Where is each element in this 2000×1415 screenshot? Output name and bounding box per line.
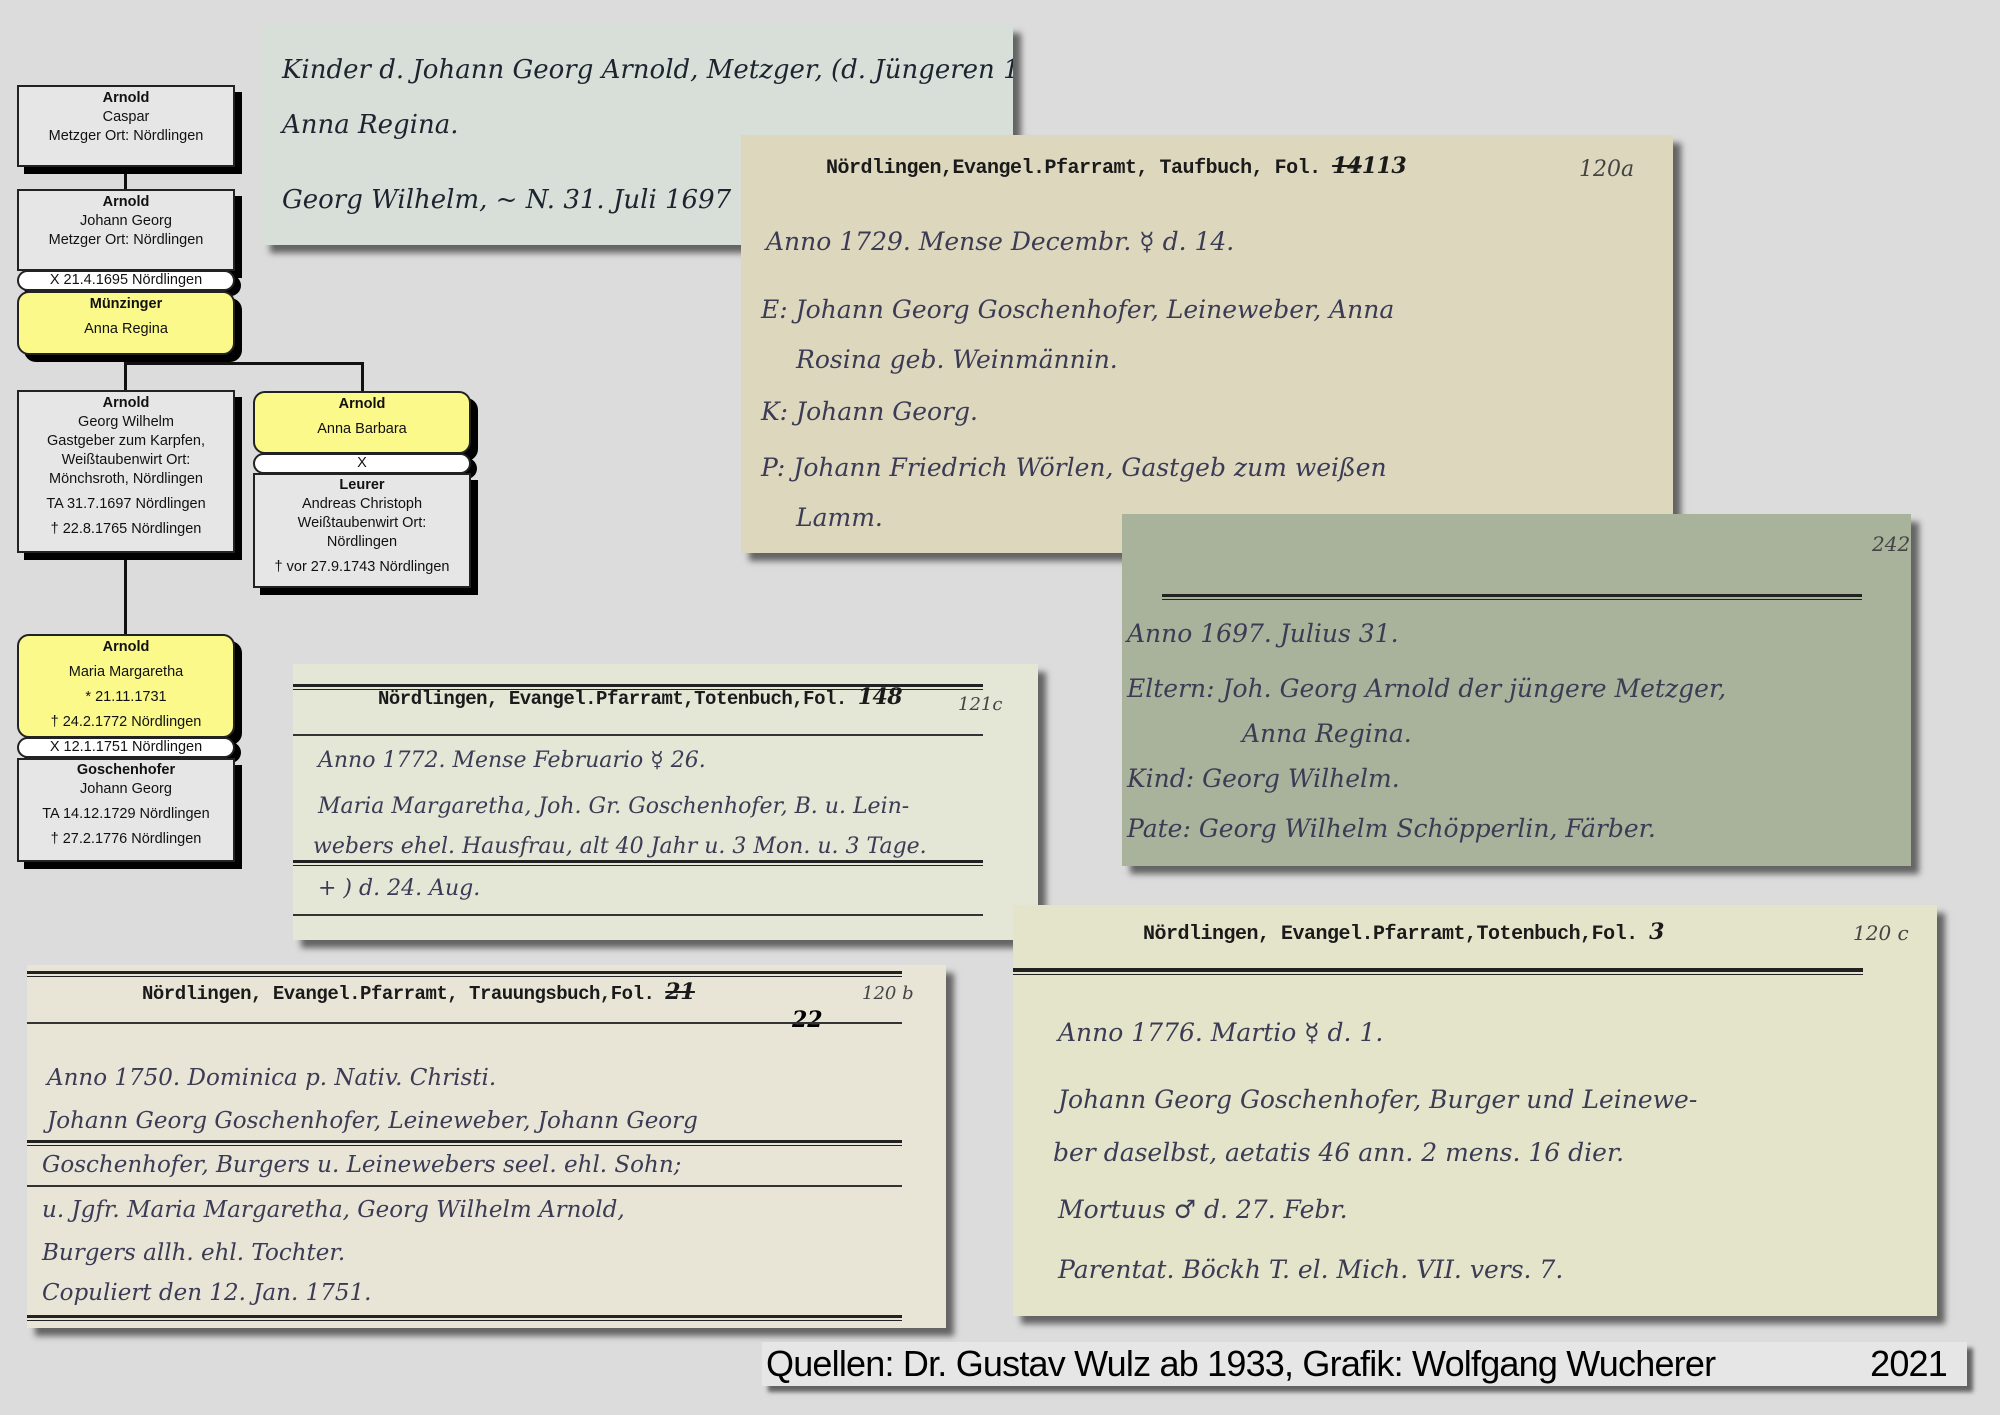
record-line: Anno 1697. Julius 31. [1127,619,1399,648]
record-line: E: Johann Georg Goschenhofer, Leineweber… [761,295,1394,324]
marriage-1695: X 21.4.1695 Nördlingen [17,270,235,291]
source-caption: Quellen: Dr. Gustav Wulz ab 1933, Grafik… [762,1342,1967,1386]
caption-year: 2021 [1870,1342,1947,1386]
death-date: † 27.2.1776 Nördlingen [19,830,233,849]
divider [27,1140,902,1146]
person-anna-barbara-arnold[interactable]: Arnold Anna Barbara [253,391,471,454]
connector [124,355,127,390]
folio-number: 113 [1362,153,1406,179]
folio-struck: 21 [665,979,695,1005]
header-text: Nördlingen, Evangel.Pfarramt,Totenbuch,F… [378,688,847,710]
reference-number: 120 b [862,983,914,1004]
record-card-trauungsbuch: Nördlingen, Evangel.Pfarramt, Trauungsbu… [27,965,946,1328]
reference-number: 121c [958,694,1002,715]
person-andreas-christoph-leurer[interactable]: Leurer Andreas Christoph Weißtaubenwirt … [253,473,471,588]
folio-struck: 14 [1332,153,1362,179]
divider [293,860,983,866]
surname: Arnold [255,395,469,414]
divider [27,1185,902,1187]
card-header: Nördlingen, Evangel.Pfarramt,Totenbuch,F… [1143,919,1664,946]
given-name: Georg Wilhelm [19,413,233,432]
person-johann-georg-arnold[interactable]: Arnold Johann Georg Metzger Ort: Nördlin… [17,189,235,271]
record-line: Johann Georg Goschenhofer, Burger und Le… [1058,1085,1697,1114]
surname: Arnold [19,638,233,657]
record-line: + ) d. 24. Aug. [318,876,480,901]
occupation: Gastgeber zum Karpfen, [19,432,233,451]
reference-number: 242 [1872,532,1910,556]
given-name: Anna Barbara [255,420,469,439]
occupation: Weißtaubenwirt Ort: [19,451,233,470]
record-line: Georg Wilhelm, ~ N. 31. Juli 1697 [282,185,731,215]
place: Nördlingen [255,533,469,552]
record-line: Anno 1729. Mense Decembr. ☿ d. 14. [766,227,1234,256]
record-card-totenbuch-148: Nördlingen, Evangel.Pfarramt,Totenbuch,F… [293,664,1038,940]
place: Mönchsroth, Nördlingen [19,470,233,489]
folio-number: 22 [792,1007,823,1033]
given-name: Andreas Christoph [255,495,469,514]
record-line: Mortuus ♂ d. 27. Febr. [1058,1195,1348,1224]
connector [124,170,127,190]
header-text: Nördlingen, Evangel.Pfarramt,Totenbuch,F… [1143,923,1638,946]
connector [361,362,364,392]
record-line: Anna Regina. [1242,719,1412,748]
death-date: † 24.2.1772 Nördlingen [19,713,233,732]
card-header: Nördlingen, Evangel.Pfarramt,Totenbuch,F… [378,684,902,710]
header-text: Nördlingen,Evangel.Pfarramt, Taufbuch, F… [826,157,1321,180]
person-maria-margaretha-arnold[interactable]: Arnold Maria Margaretha * 21.11.1731 † 2… [17,634,235,738]
occupation: Metzger Ort: Nördlingen [19,127,233,146]
divider [27,971,902,977]
occupation: Metzger Ort: Nördlingen [19,231,233,250]
record-line: Anna Regina. [282,110,458,140]
record-card-taufbuch: Nördlingen,Evangel.Pfarramt, Taufbuch, F… [741,135,1673,553]
surname: Arnold [19,89,233,108]
given-name: Johann Georg [19,212,233,231]
record-line: Johann Georg Goschenhofer, Leineweber, J… [47,1108,698,1134]
surname: Münzinger [19,295,233,314]
record-line: Rosina geb. Weinmännin. [796,345,1118,374]
header-text: Nördlingen, Evangel.Pfarramt, Trauungsbu… [142,983,654,1005]
surname: Leurer [255,476,469,495]
record-line: K: Johann Georg. [761,397,978,426]
record-line: webers ehel. Hausfrau, alt 40 Jahr u. 3 … [313,834,927,859]
record-line: u. Jgfr. Maria Margaretha, Georg Wilhelm… [42,1197,625,1223]
person-anna-regina-muenzinger[interactable]: Münzinger Anna Regina [17,291,235,355]
record-line: Kind: Georg Wilhelm. [1127,764,1400,793]
connector [124,552,127,634]
given-name: Anna Regina [19,320,233,339]
folio-number: 3 [1649,919,1664,945]
record-line: P: Johann Friedrich Wörlen, Gastgeb zum … [761,453,1387,482]
birth-date: * 21.11.1731 [19,688,233,707]
record-line: Maria Margaretha, Joh. Gr. Goschenhofer,… [318,794,909,819]
record-line: Burgers allh. ehl. Tochter. [42,1240,345,1266]
record-line: Anno 1772. Mense Februario ☿ 26. [318,748,706,773]
connector [124,362,364,365]
baptism-date: TA 31.7.1697 Nördlingen [19,495,233,514]
record-card-taufe-1697: 242 Anno 1697. Julius 31. Eltern: Joh. G… [1122,514,1911,866]
record-line: ber daselbst, aetatis 46 ann. 2 mens. 16… [1053,1138,1624,1167]
death-date: † vor 27.9.1743 Nördlingen [255,558,469,577]
record-line: Goschenhofer, Burgers u. Leinewebers see… [42,1152,681,1178]
surname: Arnold [19,394,233,413]
death-date: † 22.8.1765 Nördlingen [19,520,233,539]
person-georg-wilhelm-arnold[interactable]: Arnold Georg Wilhelm Gastgeber zum Karpf… [17,390,235,553]
person-caspar-arnold[interactable]: Arnold Caspar Metzger Ort: Nördlingen [17,85,235,167]
record-line: Anno 1750. Dominica p. Nativ. Christi. [47,1065,496,1091]
card-header: Nördlingen,Evangel.Pfarramt, Taufbuch, F… [826,153,1406,180]
record-line: Parentat. Böckh T. el. Mich. VII. vers. … [1058,1255,1563,1284]
given-name: Maria Margaretha [19,663,233,682]
reference-number: 120 c [1853,921,1909,945]
divider [1013,968,1863,975]
record-line: Copuliert den 12. Jan. 1751. [42,1280,371,1306]
person-johann-georg-goschenhofer[interactable]: Goschenhofer Johann Georg TA 14.12.1729 … [17,758,235,862]
divider [293,734,983,736]
marriage-leurer: X [253,453,471,474]
surname: Goschenhofer [19,761,233,780]
record-card-totenbuch-3: Nördlingen, Evangel.Pfarramt,Totenbuch,F… [1013,905,1937,1316]
divider [27,1315,902,1321]
record-line: Anno 1776. Martio ☿ d. 1. [1058,1018,1383,1047]
marriage-1751: X 12.1.1751 Nördlingen [17,737,235,758]
given-name: Caspar [19,108,233,127]
divider [27,1022,902,1024]
caption-text: Quellen: Dr. Gustav Wulz ab 1933, Grafik… [766,1343,1715,1384]
record-line: Kinder d. Johann Georg Arnold, Metzger, … [282,55,1013,85]
card-header: Nördlingen, Evangel.Pfarramt, Trauungsbu… [142,979,695,1005]
occupation: Weißtaubenwirt Ort: [255,514,469,533]
reference-number: 120a [1579,157,1634,182]
record-line: Lamm. [796,503,883,532]
surname: Arnold [19,193,233,212]
divider [1162,594,1862,600]
folio-number: 148 [858,684,902,710]
baptism-date: TA 14.12.1729 Nördlingen [19,805,233,824]
given-name: Johann Georg [19,780,233,799]
record-line: Pate: Georg Wilhelm Schöpperlin, Färber. [1127,814,1656,843]
divider [293,914,983,916]
record-line: Eltern: Joh. Georg Arnold der jüngere Me… [1127,674,1726,703]
